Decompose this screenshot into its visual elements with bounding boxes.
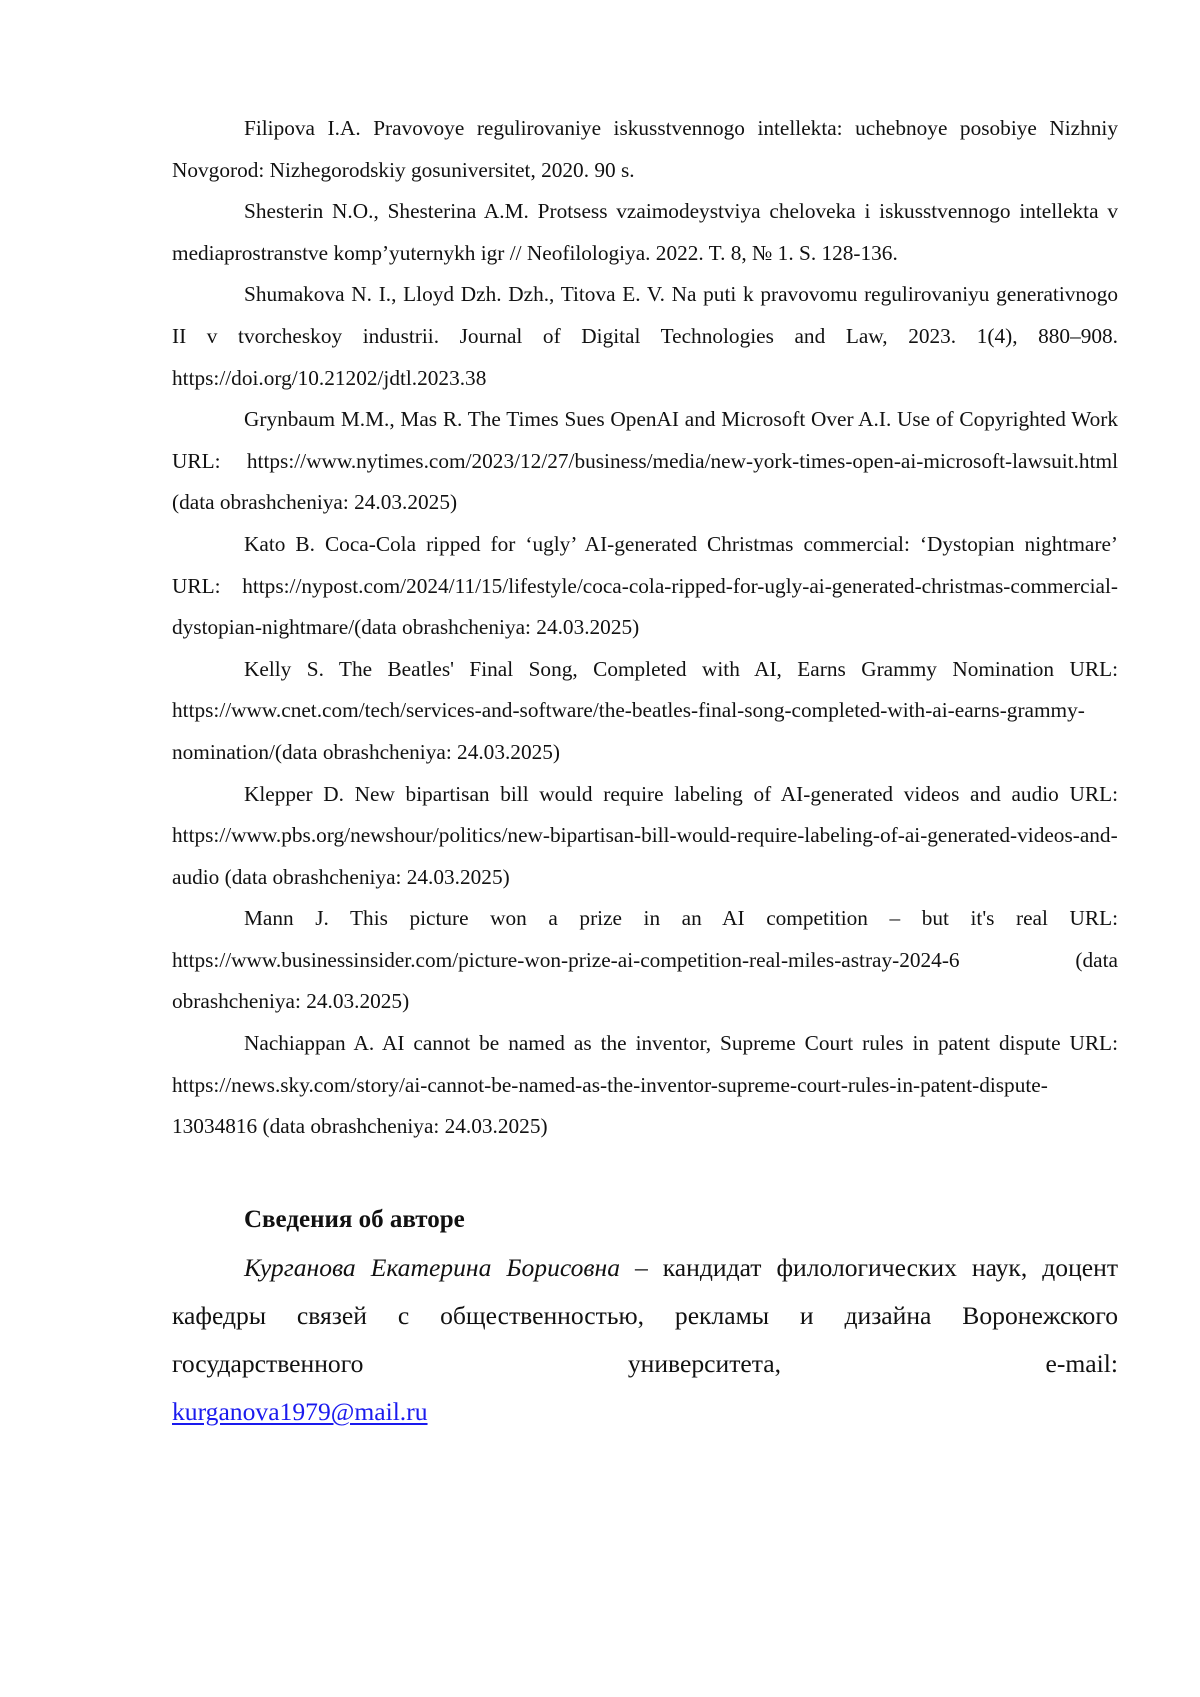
author-email-line: kurganova1979@mail.ru [172,1388,1118,1436]
reference-item: Grynbaum M.M., Mas R. The Times Sues Ope… [172,399,1118,524]
author-email-link[interactable]: kurganova1979@mail.ru [172,1397,428,1426]
reference-item: Klepper D. New bipartisan bill would req… [172,774,1118,899]
author-name: Курганова Екатерина Борисовна [244,1253,620,1282]
reference-item: Filipova I.A. Pravovoye regulirovaniye i… [172,108,1118,191]
reference-item: Mann J. This picture won a prize in an A… [172,898,1118,1023]
reference-item: Kelly S. The Beatles' Final Song, Comple… [172,649,1118,774]
reference-item: Shumakova N. I., Lloyd Dzh. Dzh., Titova… [172,274,1118,399]
author-bio: Курганова Екатерина Борисовна – кандидат… [172,1244,1118,1436]
author-info-heading: Сведения об авторе [172,1196,1118,1244]
reference-item: Shesterin N.O., Shesterina A.M. Protsess… [172,191,1118,274]
author-info-section: Сведения об авторе Курганова Екатерина Б… [172,1196,1118,1436]
reference-list: Filipova I.A. Pravovoye regulirovaniye i… [172,108,1118,1148]
reference-item: Kato B. Coca-Cola ripped for ‘ugly’ AI-g… [172,524,1118,649]
page-content: Filipova I.A. Pravovoye regulirovaniye i… [172,108,1118,1148]
reference-item: Nachiappan A. AI cannot be named as the … [172,1023,1118,1148]
